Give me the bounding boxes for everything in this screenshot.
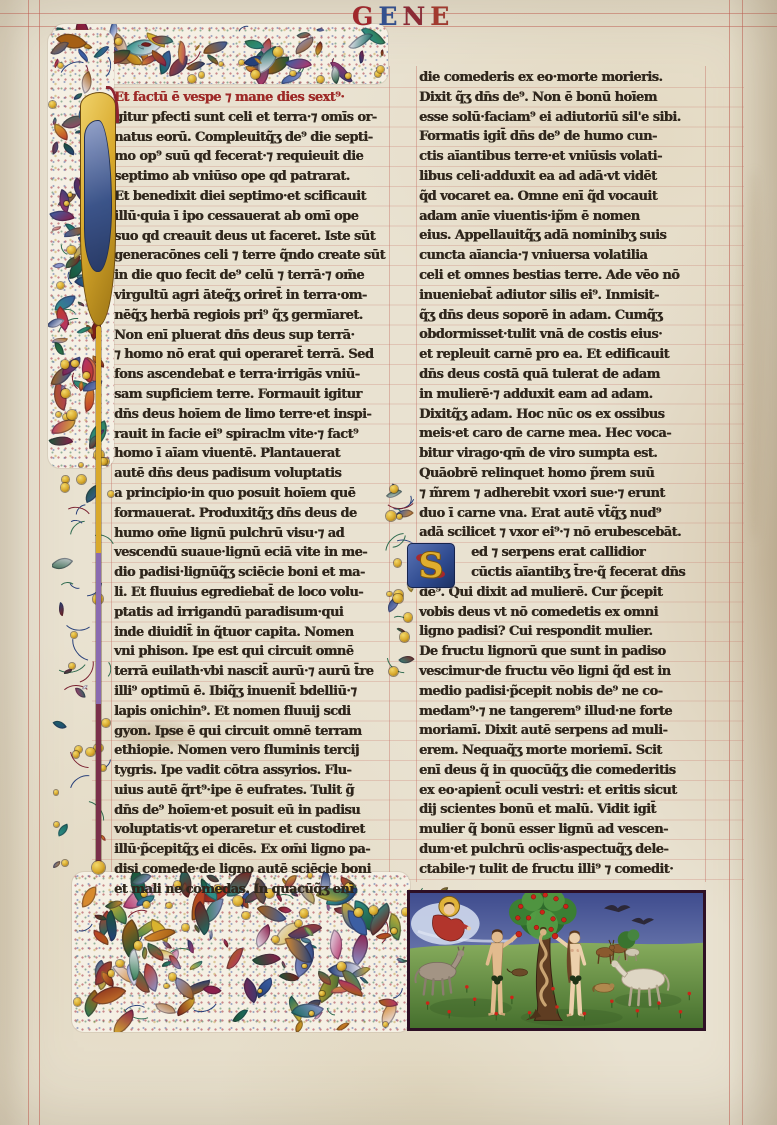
text-line: adam anīe viuentis·ip̃m ē nomen — [419, 207, 703, 227]
text-line: enī deus q̃ in quocūq̃ʒ die comederitis — [419, 761, 703, 781]
text-line: vobis deus vt nō comedetis ex omni — [419, 603, 703, 623]
text-line: mulier q̃ bonū esser lignū ad vescen- — [419, 820, 703, 840]
text-line: adā scilicet ⁊ vxor ei⁹·⁊ nō erubescebāt… — [419, 523, 703, 543]
apple-in-hand — [516, 931, 522, 937]
text-line: vescimur·de fructu vēo ligni q̃d est in — [419, 662, 703, 682]
text-line: rauit in facie ei⁹ spiraclm vite·⁊ fact⁹ — [114, 425, 388, 445]
text-line: dum·et pulchrū oclis·aspectuq̃ʒ dele- — [419, 840, 703, 860]
serpent-head — [540, 929, 547, 936]
text-line: Quāobrē relinquet homo p̃rem suū — [419, 464, 703, 484]
manuscript-page: GENE Et factū ē vespe ⁊ mane dies sext⁹·… — [0, 0, 777, 1125]
running-title-letter: E — [430, 2, 454, 31]
text-line: moriamī. Dixit autē serpens ad muli- — [419, 721, 703, 741]
text-line: de⁹. Qui dixit ad mulierē. Cur p̃cepit — [419, 583, 703, 603]
text-line: medio padisi·p̃cepit nobis de⁹ ne co- — [419, 682, 703, 702]
text-line: cuncta aīancia·⁊ vniuersa volatilia — [419, 246, 703, 266]
text-line: virgultū agri āteq̃ʒ oriret̄ in terra·om… — [114, 286, 388, 306]
text-line: generacōnes celi ⁊ terre q̃ndo create sū… — [114, 246, 388, 266]
ruling-line-vertical — [39, 0, 40, 1125]
text-line: uius autē q̃rt⁹·ipe ē eufrates. Tulit g̃ — [114, 781, 388, 801]
text-line: esse solū·faciam⁹ ei adiutoriū sil'e sib… — [419, 108, 703, 128]
text-line: Dixitq̃ʒ adam. Hoc nūc os ex ossibus — [419, 405, 703, 425]
apple-in-hand — [552, 933, 558, 939]
text-line: formauerat. Produxitq̃ʒ dn̄s deus de — [114, 504, 388, 524]
text-line: tygris. Ipe vadit cōtra assyrios. Flu- — [114, 761, 388, 781]
running-title: GENE — [352, 2, 454, 31]
margin-flourish-left — [52, 472, 114, 868]
text-line: q̃ʒ dn̄s deus soporē in adam. Cumq̃ʒ — [419, 306, 703, 326]
text-line: gyon. Ipse ē qui circuit omnē terram — [114, 722, 388, 742]
text-line: ex eo·apient̄ oculi vestri: et eritis si… — [419, 781, 703, 801]
text-line: ed ⁊ serpens erat callidior — [419, 543, 703, 563]
text-line: meis·et caro de carne mea. Hec voca- — [419, 424, 703, 444]
text-line: terrā euilath·vbi nascit̄ aurū·⁊ aurū t̄… — [114, 662, 388, 682]
text-line: autē dn̄s deus padisum voluptatis — [114, 464, 388, 484]
text-line: duo ī carne vna. Erat autē vt̄q̃ʒ nud⁹ — [419, 504, 703, 524]
text-line: vni phison. Ipe est qui circuit omnē — [114, 642, 388, 662]
text-line: et repleuit carnē pro ea. Et edificauit — [419, 345, 703, 365]
text-line: in mulierē·⁊ adduxit eam ad adam. — [419, 385, 703, 405]
text-line: dn̄s de⁹ hoīem·et posuit eū in padisu — [114, 801, 388, 821]
running-title-letter: G — [352, 2, 378, 31]
text-line: gitur pfecti sunt celi et terra·⁊ omīs o… — [114, 108, 388, 128]
text-line: ctis aīantibus terre·et vniūsis volati- — [419, 147, 703, 167]
text-line: sam supficiem terre. Formauit igitur — [114, 385, 388, 405]
text-line: li. Et fluuius egrediebat̄ de loco volu- — [114, 583, 388, 603]
miniature-adam-and-eve — [407, 890, 706, 1031]
text-line: mo op⁹ suū qd fecerat·⁊ requieuit die — [114, 147, 388, 167]
text-line: voluptatis·vt operaretur et custodiret — [114, 820, 388, 840]
running-title-letter: N — [402, 2, 430, 31]
drop-cap-initial-s: S — [407, 543, 455, 588]
text-line: lapis onichin⁹. Et nomen fluuij scdi — [114, 702, 388, 722]
text-line: suo qd creauit deus ut faceret. Iste sūt — [114, 227, 388, 247]
text-column-left: Et factū ē vespe ⁊ mane dies sext⁹· gitu… — [114, 88, 388, 900]
text-line: inueniebat̄ adiutor silis ei⁹. Inmisit- — [419, 286, 703, 306]
text-line: nēq̃ʒ herbā regiois pri⁹ q̃ʒ germīaret. — [114, 306, 388, 326]
text-line: et mali ne comedas. In quacūq̃ʒ enī — [114, 880, 388, 900]
text-line: in die quo fecit de⁹ celū ⁊ terrā·⁊ om̄e — [114, 266, 388, 286]
text-line: De fructu lignorū que sunt in padiso — [419, 642, 703, 662]
text-line: libus celi·adduxit ea ad adā·vt vidēt — [419, 167, 703, 187]
text-line: inde diuidit̄ in q̃tuor capita. Nomen — [114, 623, 388, 643]
text-line: q̃d vocaret ea. Omne enī q̃d vocauit — [419, 187, 703, 207]
text-line: die comederis ex eo·morte morieris. — [419, 68, 703, 88]
text-line: Et benedixit diei septimo·et scificauit — [114, 187, 388, 207]
text-line: Formatis igit̄ dn̄s de⁹ de humo cun- — [419, 127, 703, 147]
rubric-line: Et factū ē vespe ⁊ mane dies sext⁹· — [114, 88, 388, 108]
text-line: humo om̄e lignū pulchrū visu·⁊ ad — [114, 524, 388, 544]
text-line: vescendū suaue·lignū eciā vite in me- — [114, 543, 388, 563]
drop-cap-letter: S — [419, 549, 444, 583]
text-line: ligno padisi? Cui respondit mulier. — [419, 622, 703, 642]
text-line: celi et omnes bestias terre. Ade vēo nō — [419, 266, 703, 286]
text-line: fons ascendebat e terra·irrigās vniū- — [114, 365, 388, 385]
text-line: dn̄s deus costā quā tulerat de adam — [419, 365, 703, 385]
text-line: medam⁹·⁊ ne tangerem⁹ illud·ne forte — [419, 702, 703, 722]
text-line: ptatis ad irrigandū paradisum·qui — [114, 603, 388, 623]
text-line: bitur virago·qm̄ de viro sumpta est. — [419, 444, 703, 464]
text-line: homo ī aīam viuentē. Plantauerat — [114, 444, 388, 464]
running-title-letter: E — [378, 2, 402, 31]
text-line: ethiopie. Nomen vero fluminis tercij — [114, 741, 388, 761]
text-line: illū·p̃cepitq̃ʒ ei dicēs. Ex om̄i ligno … — [114, 840, 388, 860]
text-line: dij scientes bonū et malū. Vidit igit̄ — [419, 800, 703, 820]
text-line: disi comede·de ligno autē sciēcie boni — [114, 860, 388, 880]
text-line: eius. Appellauitq̃ʒ adā nominibʒ suis — [419, 226, 703, 246]
text-line: ⁊ homo nō erat qui operaret̄ terrā. Sed — [114, 345, 388, 365]
text-line: septimo ab vniūso ope qd patrarat. — [114, 167, 388, 187]
text-line: dn̄s deus hoīem de limo terre·et inspi- — [114, 405, 388, 425]
drop-cap-blue-swirl — [84, 120, 112, 272]
text-column-right: die comederis ex eo·morte morieris.Dixit… — [419, 68, 703, 880]
text-line: obdormisset·tulit vnā de costis eius· — [419, 325, 703, 345]
ruling-line-vertical — [28, 0, 29, 1125]
parchment-stain — [745, 170, 763, 540]
text-line: cūctis aīantibʒ t̄re·q̃ fecerat dn̄s — [419, 563, 703, 583]
text-line: illi⁹ optimū ē. Ibiq̃ʒ inuenit̄ bdelliū·… — [114, 682, 388, 702]
text-line: a principio·in quo posuit hoīem quē — [114, 484, 388, 504]
small-animal — [512, 969, 528, 976]
drop-cap-initial-i — [80, 92, 116, 326]
text-line: dio padisi·lignūq̃ʒ sciēcie boni et ma- — [114, 563, 388, 583]
text-line: Non enī pluerat dn̄s deus sup terrā· — [114, 326, 388, 346]
text-line: Dixit q̃ʒ dn̄s de⁹. Non ē bonū hoīem — [419, 88, 703, 108]
text-line: erem. Nequaq̃ʒ morte moriemī. Scit — [419, 741, 703, 761]
text-line: ctabile·⁊ tulit de fructu illi⁹ ⁊ comedi… — [419, 860, 703, 880]
text-line: illū·quia ī ipo cessauerat ab omī ope — [114, 207, 388, 227]
text-line: natus eorū. Compleuitq̃ʒ de⁹ die septi- — [114, 128, 388, 148]
marginal-stem-flourish — [96, 326, 101, 866]
text-line: ⁊ m̃rem ⁊ adherebit vxori sue·⁊ erunt — [419, 484, 703, 504]
